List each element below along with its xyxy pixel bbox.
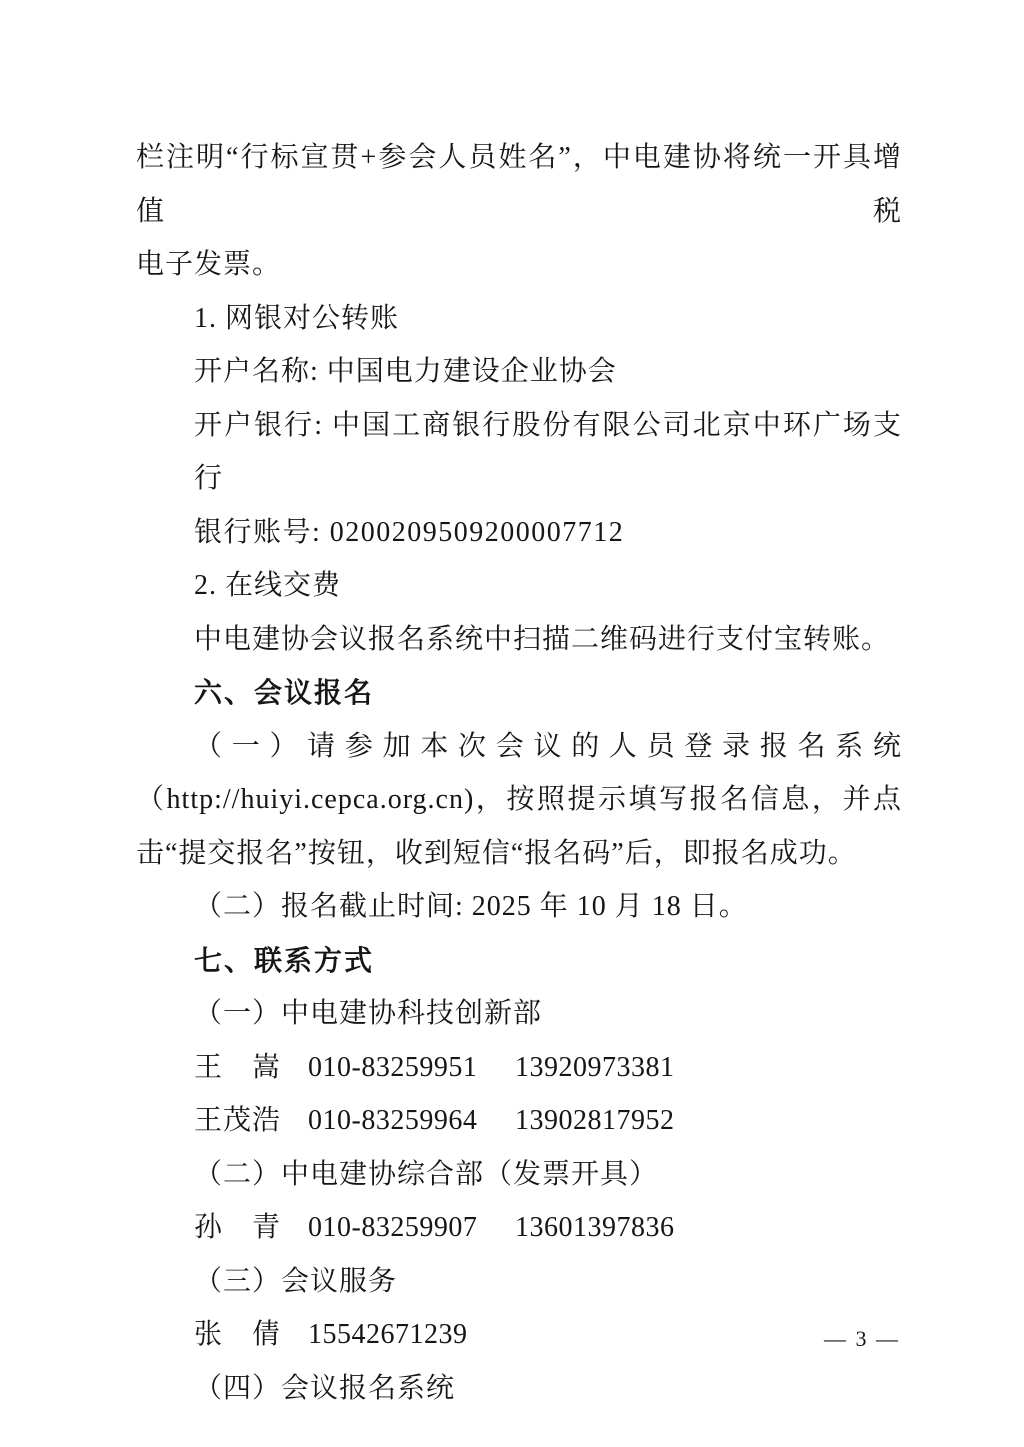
contact-mobile: 13902817952 <box>515 1094 675 1148</box>
payment-method-2-title: 2. 在线交费 <box>136 559 902 613</box>
contact-group-2-title: （二）中电建协综合部（发票开具） <box>136 1148 902 1202</box>
contact-row: 张 倩 15542671239 <box>136 1308 902 1362</box>
bank-account-number: 银行账号: 0200209509200007712 <box>136 506 902 560</box>
contact-phone: 010-83259951 <box>308 1041 515 1095</box>
section-6-heading: 六、会议报名 <box>136 666 902 720</box>
document-page: 栏注明“行标宣贯+参会人员姓名”，中电建协将统一开具增值税 电子发票。 1. 网… <box>0 0 1024 1447</box>
section-6-item-2-deadline: （二）报名截止时间: 2025 年 10 月 18 日。 <box>136 880 902 934</box>
contact-phone: 15542671239 <box>308 1308 515 1362</box>
contact-group-4-title: （四）会议报名系统 <box>136 1362 902 1416</box>
contact-name: 张 倩 <box>194 1308 308 1362</box>
contact-name: 王茂浩 <box>194 1094 308 1148</box>
contact-group-3-title: （三）会议服务 <box>136 1255 902 1309</box>
page-number: — 3 — <box>824 1326 900 1352</box>
section-6-item-1-line-3: 击“提交报名”按钮，收到短信“报名码”后，即报名成功。 <box>136 827 902 881</box>
contact-phone: 010-83259964 <box>308 1094 515 1148</box>
contact-phone: 010-83259907 <box>308 1201 515 1255</box>
bank-account-name: 开户名称: 中国电力建设企业协会 <box>136 345 902 399</box>
section-6-item-1-line-2-registration-url: （http://huiyi.cepca.org.cn)，按照提示填写报名信息，并… <box>136 773 902 827</box>
contact-mobile: 13601397836 <box>515 1201 675 1255</box>
section-7-heading: 七、联系方式 <box>136 934 902 988</box>
contact-mobile: 13920973381 <box>515 1041 675 1095</box>
section-6-item-1-line-1: （一）请参加本次会议的人员登录报名系统 <box>136 720 902 774</box>
contact-row: 王茂浩 010-83259964 13902817952 <box>136 1094 902 1148</box>
contact-row: 王 嵩 010-83259951 13920973381 <box>136 1041 902 1095</box>
payment-method-2-desc: 中电建协会议报名系统中扫描二维码进行支付宝转账。 <box>136 613 902 667</box>
contact-name: 王 嵩 <box>194 1041 308 1095</box>
payment-method-1-title: 1. 网银对公转账 <box>136 292 902 346</box>
contact-group-1-title: （一）中电建协科技创新部 <box>136 987 902 1041</box>
contact-name: 孙 青 <box>194 1201 308 1255</box>
intro-line-2: 电子发票。 <box>136 238 902 292</box>
contact-row: 孙 青 010-83259907 13601397836 <box>136 1201 902 1255</box>
bank-name: 开户银行: 中国工商银行股份有限公司北京中环广场支行 <box>136 399 902 506</box>
intro-line-1: 栏注明“行标宣贯+参会人员姓名”，中电建协将统一开具增值税 <box>136 131 902 238</box>
